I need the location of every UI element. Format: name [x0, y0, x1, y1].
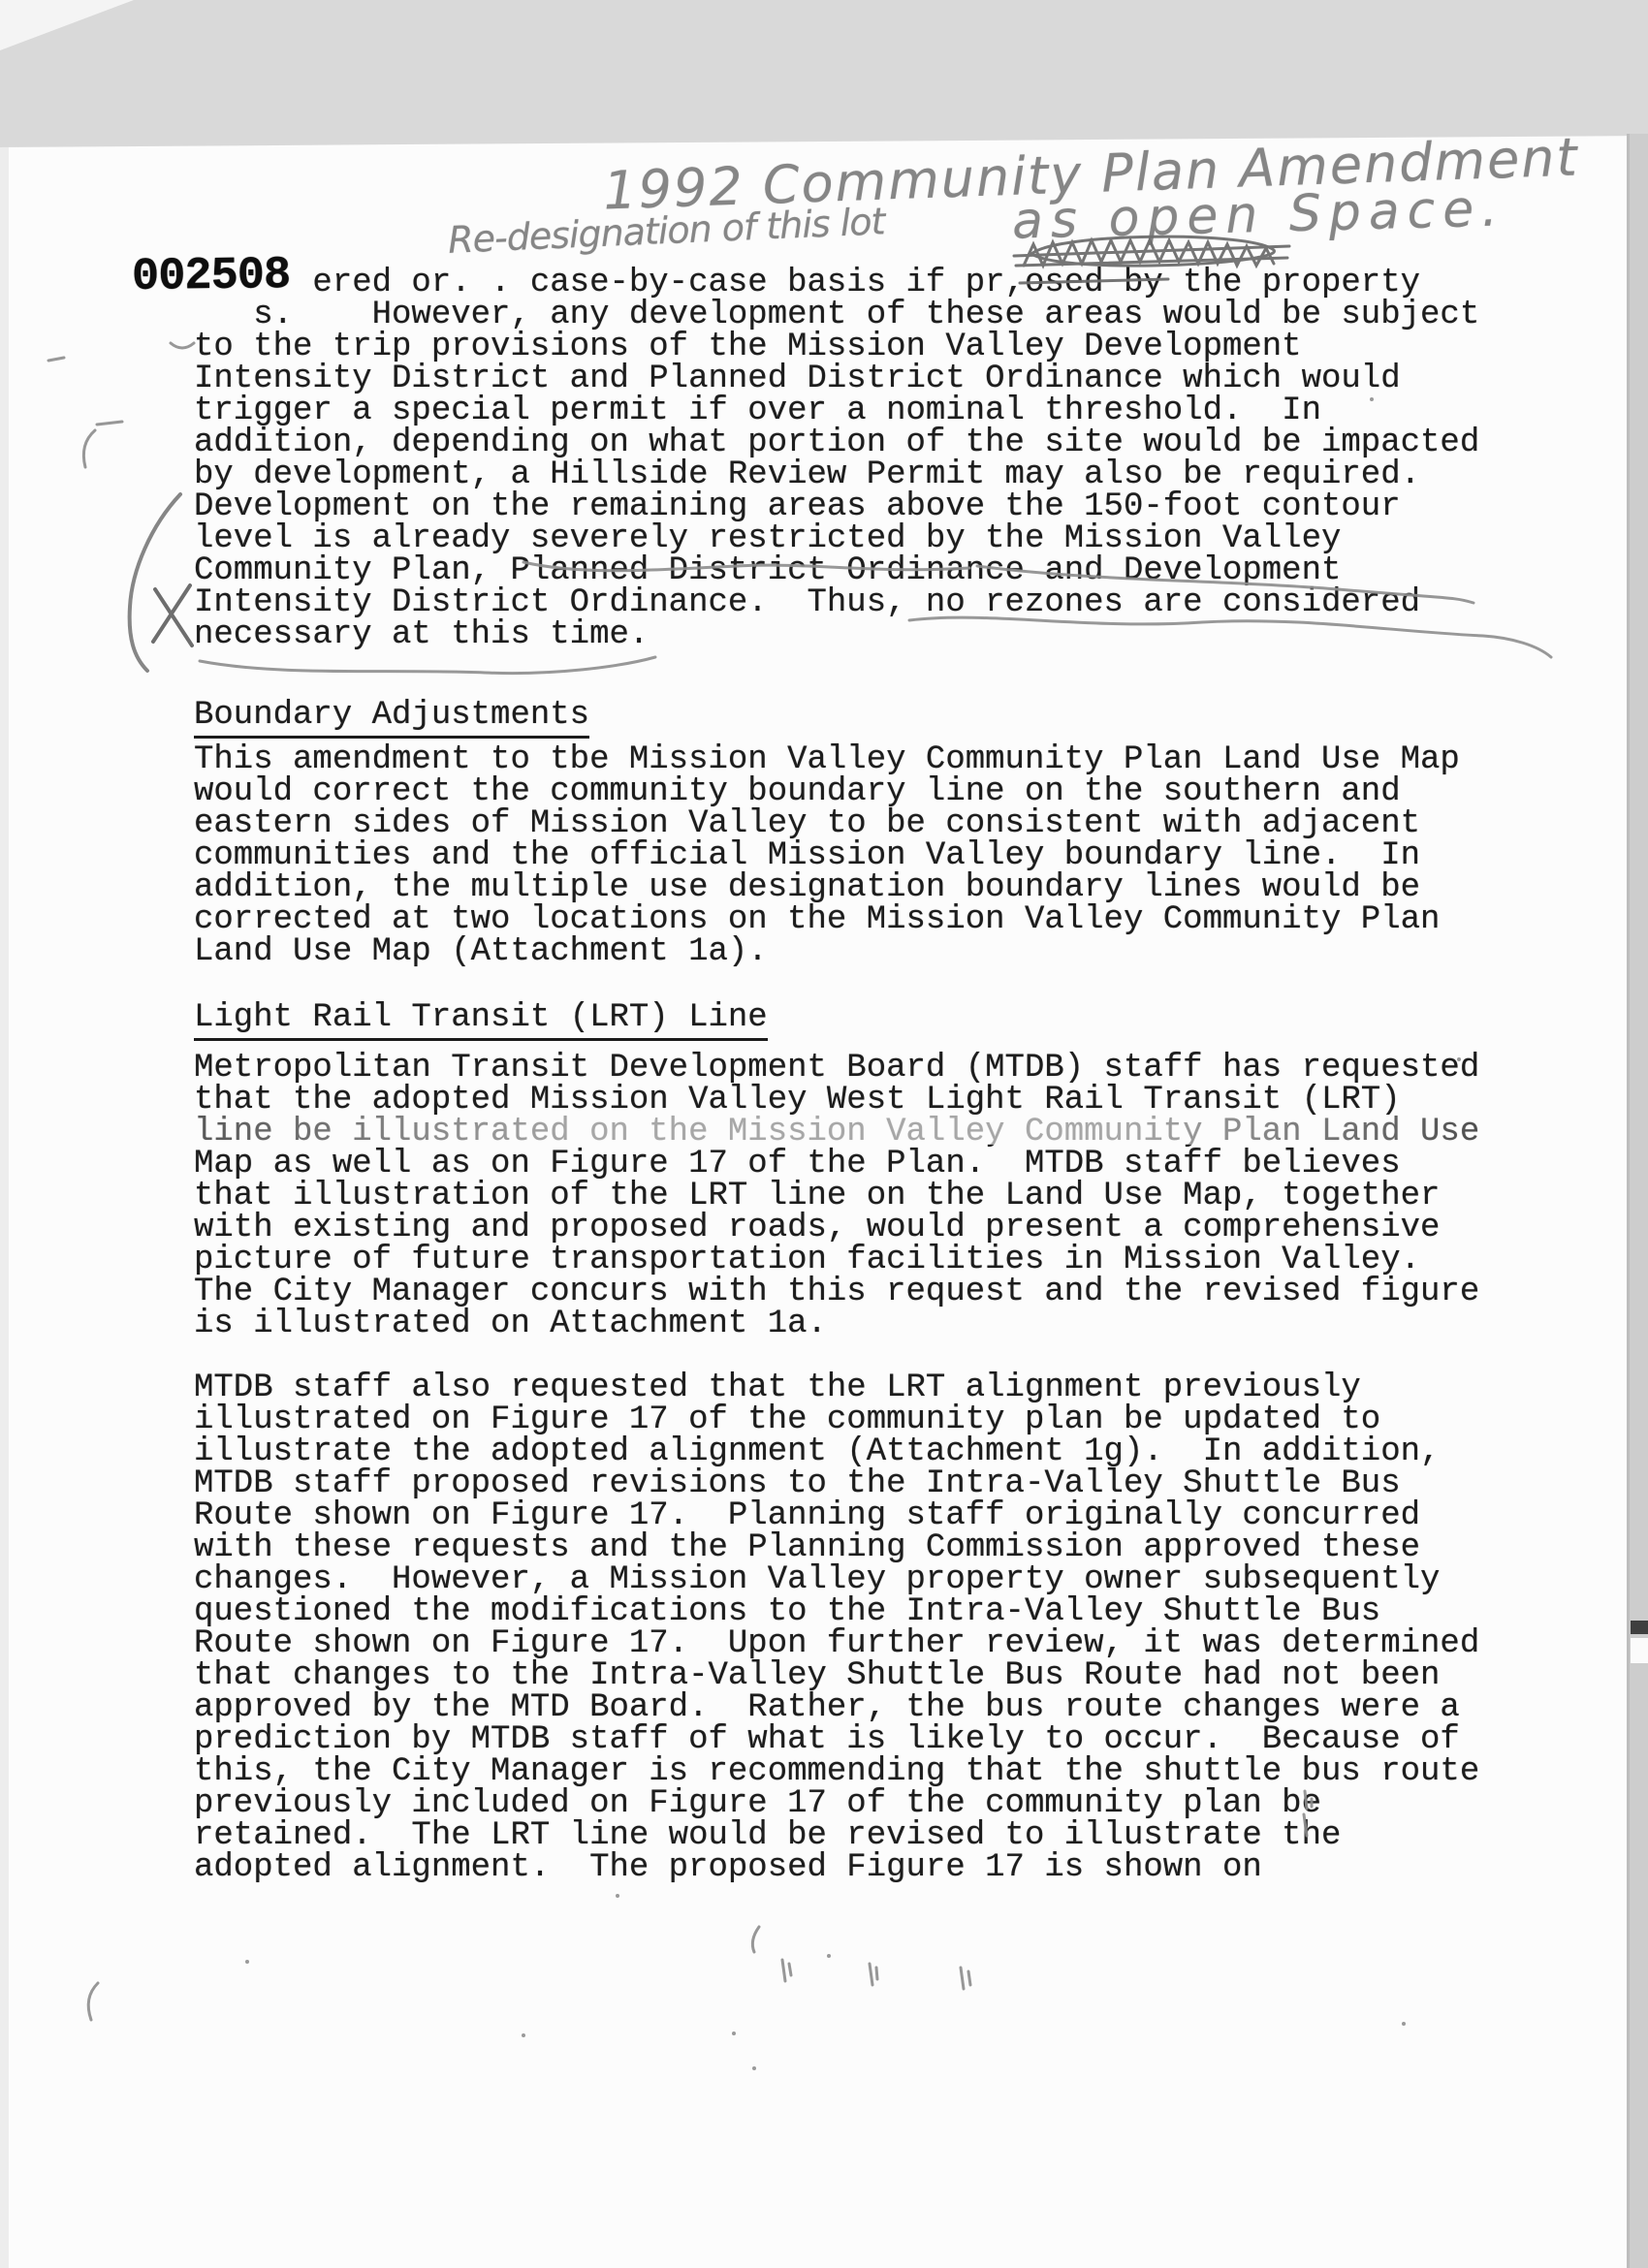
- heading-underlined-text: Boundary Adjustments: [194, 697, 589, 739]
- margin-breve-mark: [171, 343, 194, 348]
- bottom-left-paren: [88, 1983, 98, 2020]
- pencil-underline-necessary: [200, 657, 655, 674]
- right-edge-dark-mark: [1631, 1621, 1648, 1634]
- margin-x-mark: [153, 585, 192, 646]
- handwritten-note-line2: Re-designation of this lot: [447, 200, 885, 262]
- paragraph-boundary-adjustments: This amendment to tbe Mission Valley Com…: [194, 744, 1460, 968]
- section-heading-boundary-adjustments: Boundary Adjustments: [194, 700, 589, 732]
- bottom-tick-1: [782, 1960, 791, 1981]
- bottom-slash-speck: [752, 1927, 759, 1952]
- section-heading-lrt-line: Light Rail Transit (LRT) Line: [194, 1002, 768, 1034]
- scanned-document-page: 002508 1992 Community Plan Amendment Re-…: [0, 0, 1648, 2268]
- heading-underlined-text: Light Rail Transit (LRT) Line: [194, 999, 768, 1041]
- paragraph-rezone-intro: ered or. . case-by-case basis if pr,osed…: [194, 268, 1479, 651]
- paragraph-lrt-request: Metropolitan Transit Development Board (…: [194, 1053, 1479, 1340]
- margin-long-bracket: [130, 494, 180, 671]
- bottom-tick-3: [961, 1968, 970, 1989]
- margin-dash-small: [48, 358, 64, 361]
- paragraph-lrt-alignment: MTDB staff also requested that the LRT a…: [194, 1372, 1479, 1884]
- scanner-bed-top-band: [0, 0, 1648, 147]
- bottom-tick-2: [870, 1964, 877, 1985]
- margin-dash: [97, 422, 122, 425]
- page-corner-wedge: [0, 0, 134, 50]
- margin-paren: [83, 430, 95, 467]
- scanner-bed-right-strip: [1629, 134, 1648, 2268]
